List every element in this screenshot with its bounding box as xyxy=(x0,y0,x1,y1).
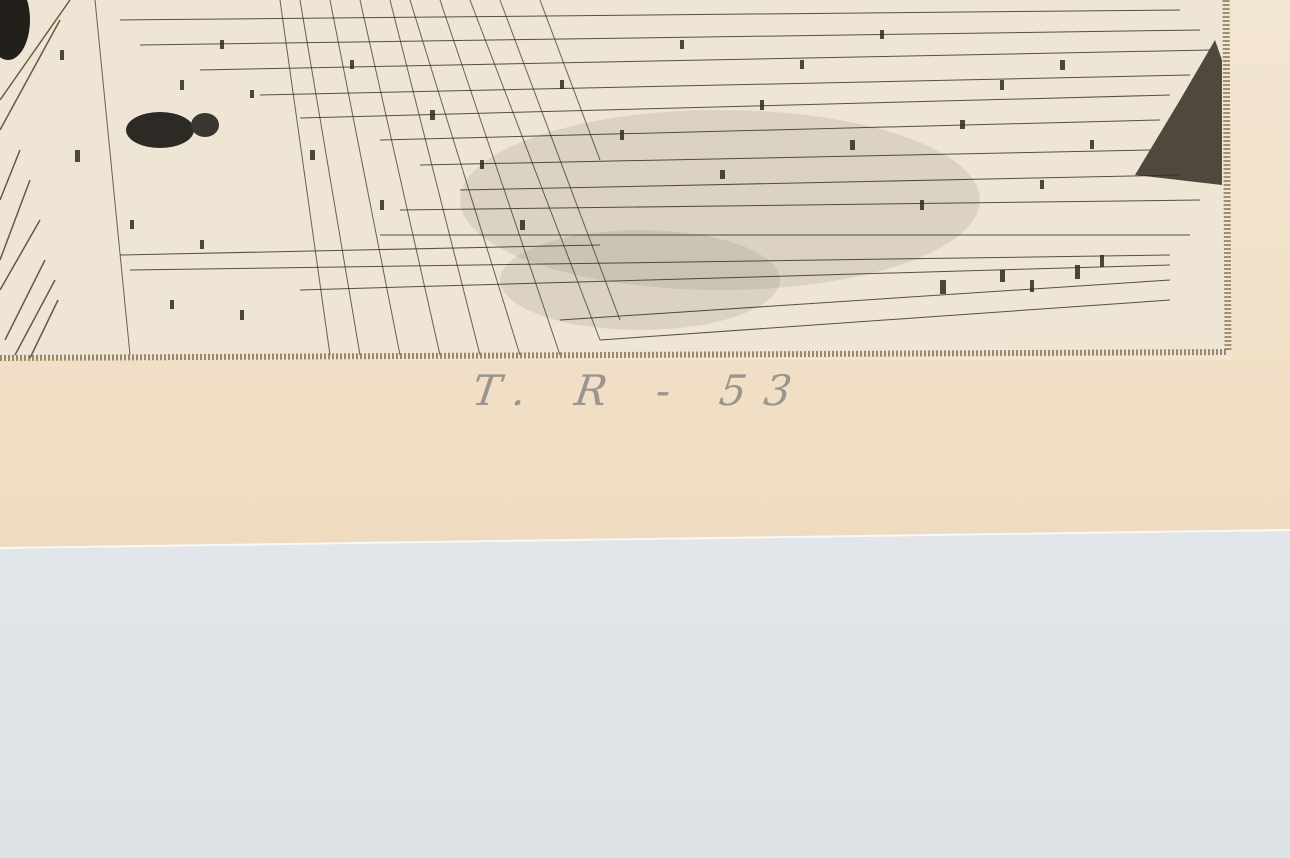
etching-plate xyxy=(0,0,1290,560)
pencil-inscription: T. R - 53 xyxy=(468,366,816,426)
